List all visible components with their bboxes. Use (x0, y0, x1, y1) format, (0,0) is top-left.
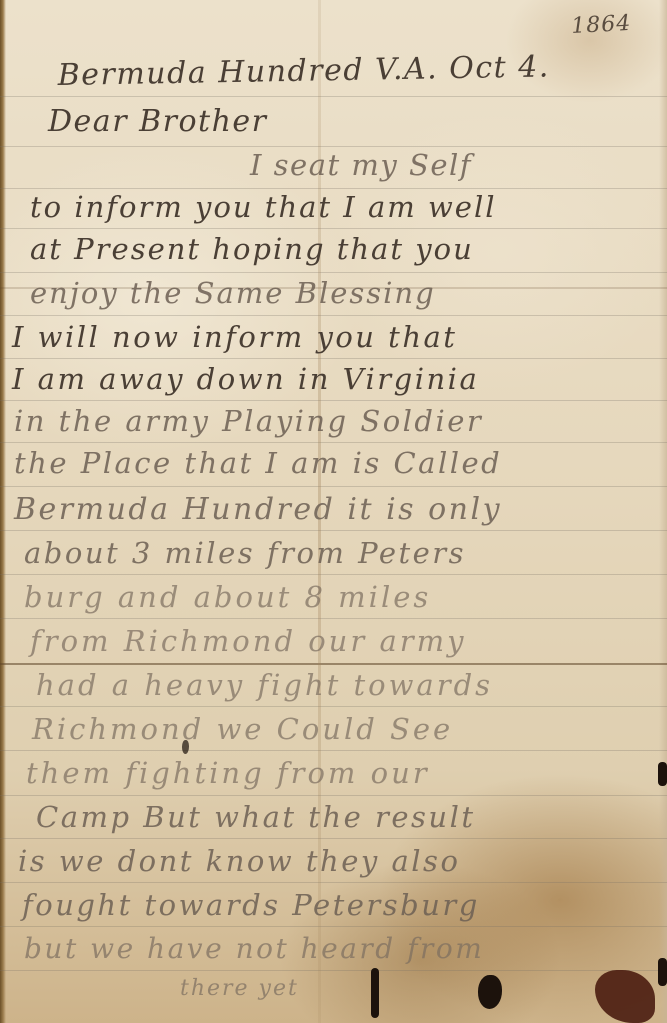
ruled-line (0, 795, 667, 796)
ruled-line (0, 146, 667, 147)
stain (595, 970, 655, 1023)
letter-line: at Present hoping that you (30, 232, 474, 266)
letter-line: there yet (180, 976, 299, 1001)
ruled-line (0, 970, 667, 971)
letter-line: Bermuda Hundred it is only (14, 492, 502, 527)
letter-line: had a heavy fight towards (36, 668, 493, 702)
letter-line: the Place that I am is Called (14, 446, 502, 480)
letter-salutation: Dear Brother (48, 104, 268, 139)
letter-dateline: Bermuda Hundred V.A. Oct 4. (57, 49, 550, 93)
letter-line: Camp But what the result (36, 800, 476, 834)
letter-line: Richmond we Could See (32, 712, 453, 746)
ruled-line (0, 618, 667, 619)
letter-page: 1864 Bermuda Hundred V.A. Oct 4. Dear Br… (0, 0, 667, 1023)
ruled-line (0, 750, 667, 751)
ink-blot (182, 740, 189, 754)
ink-blot (658, 762, 667, 786)
ruled-line (0, 358, 667, 359)
ruled-line (0, 315, 667, 316)
ruled-line (0, 272, 667, 273)
letter-line: them fighting from our (26, 756, 430, 790)
letter-line: I will now inform you that (12, 320, 457, 354)
ruled-line (0, 882, 667, 883)
letter-line: about 3 miles from Peters (24, 536, 466, 570)
letter-line: to inform you that I am well (30, 190, 497, 224)
letter-line: enjoy the Same Blessing (30, 276, 436, 310)
letter-line: is we dont know they also (18, 844, 460, 878)
page-right-edge (659, 0, 667, 1023)
letter-line: I seat my Self (250, 148, 472, 182)
letter-line: I am away down in Virginia (12, 362, 479, 396)
letter-line: burg and about 8 miles (24, 580, 431, 614)
ruled-line (0, 96, 667, 97)
letter-line: but we have not heard from (24, 932, 484, 965)
letter-line: fought towards Petersburg (22, 888, 480, 922)
ruled-line (0, 706, 667, 707)
ruled-line (0, 188, 667, 189)
ruled-line (0, 442, 667, 443)
ruled-line (0, 486, 667, 487)
ruled-line (0, 926, 667, 927)
letter-year: 1864 (571, 11, 632, 39)
letter-line: from Richmond our army (30, 624, 466, 658)
ink-blot (658, 958, 667, 986)
page-left-edge (0, 0, 6, 1023)
ruled-line (0, 574, 667, 575)
ink-blot (478, 975, 502, 1009)
fold-crease-horizontal (0, 663, 667, 665)
ink-blot (371, 968, 379, 1018)
ruled-line (0, 400, 667, 401)
ruled-line (0, 228, 667, 229)
ruled-line (0, 838, 667, 839)
letter-line: in the army Playing Soldier (14, 404, 483, 438)
ruled-line (0, 530, 667, 531)
